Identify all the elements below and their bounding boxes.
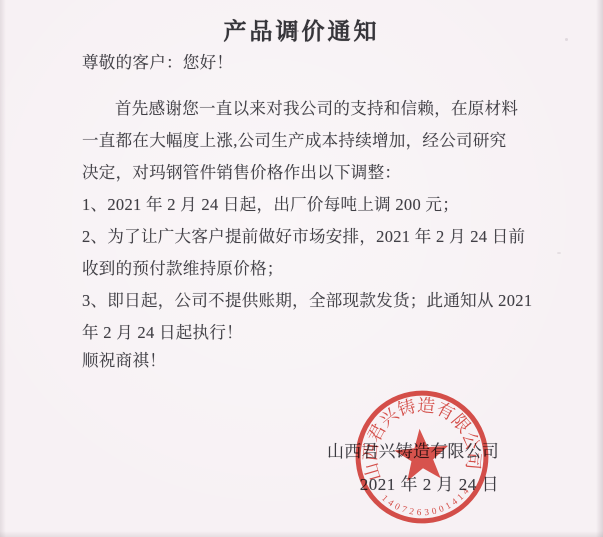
notice-document: 产品调价通知 尊敬的客户：您好！ 首先感谢您一直以来对我公司的支持和信赖，在原材… [0, 0, 603, 537]
scan-speck [565, 38, 568, 41]
document-body: 尊敬的客户：您好！ 首先感谢您一直以来对我公司的支持和信赖，在原材料 一直都在大… [82, 47, 532, 377]
greeting-line: 尊敬的客户：您好！ [82, 47, 532, 79]
list-item-2: 2、为了让广大客户提前做好市场安排，2021 年 2 月 24 日前 [82, 221, 532, 253]
body-line-2: 一直都在大幅度上涨,公司生产成本持续增加，经公司研究 [82, 125, 532, 157]
list-item-2-cont: 收到的预付款维持原价格； [82, 253, 532, 285]
list-item-3: 3、即日起，公司不提供账期，全部现款发货；此通知从 2021 [82, 285, 532, 317]
signature-block: 山西君兴铸造有限公司 2021 年 2 月 24 日 [239, 438, 499, 499]
closing-line: 顺祝商祺！ [82, 345, 532, 377]
scan-speck [557, 252, 561, 254]
scan-speck [296, 30, 299, 32]
document-title: 产品调价通知 [0, 13, 603, 46]
body-line-3: 决定，对玛钢管件销售价格作出以下调整： [82, 157, 532, 189]
signature-date: 2021 年 2 月 24 日 [239, 471, 499, 499]
list-item-1: 1、2021 年 2 月 24 日起，出厂价每吨上调 200 元； [82, 189, 532, 221]
body-line-1: 首先感谢您一直以来对我公司的支持和信赖，在原材料 [82, 93, 532, 125]
signature-company: 山西君兴铸造有限公司 [239, 438, 499, 466]
